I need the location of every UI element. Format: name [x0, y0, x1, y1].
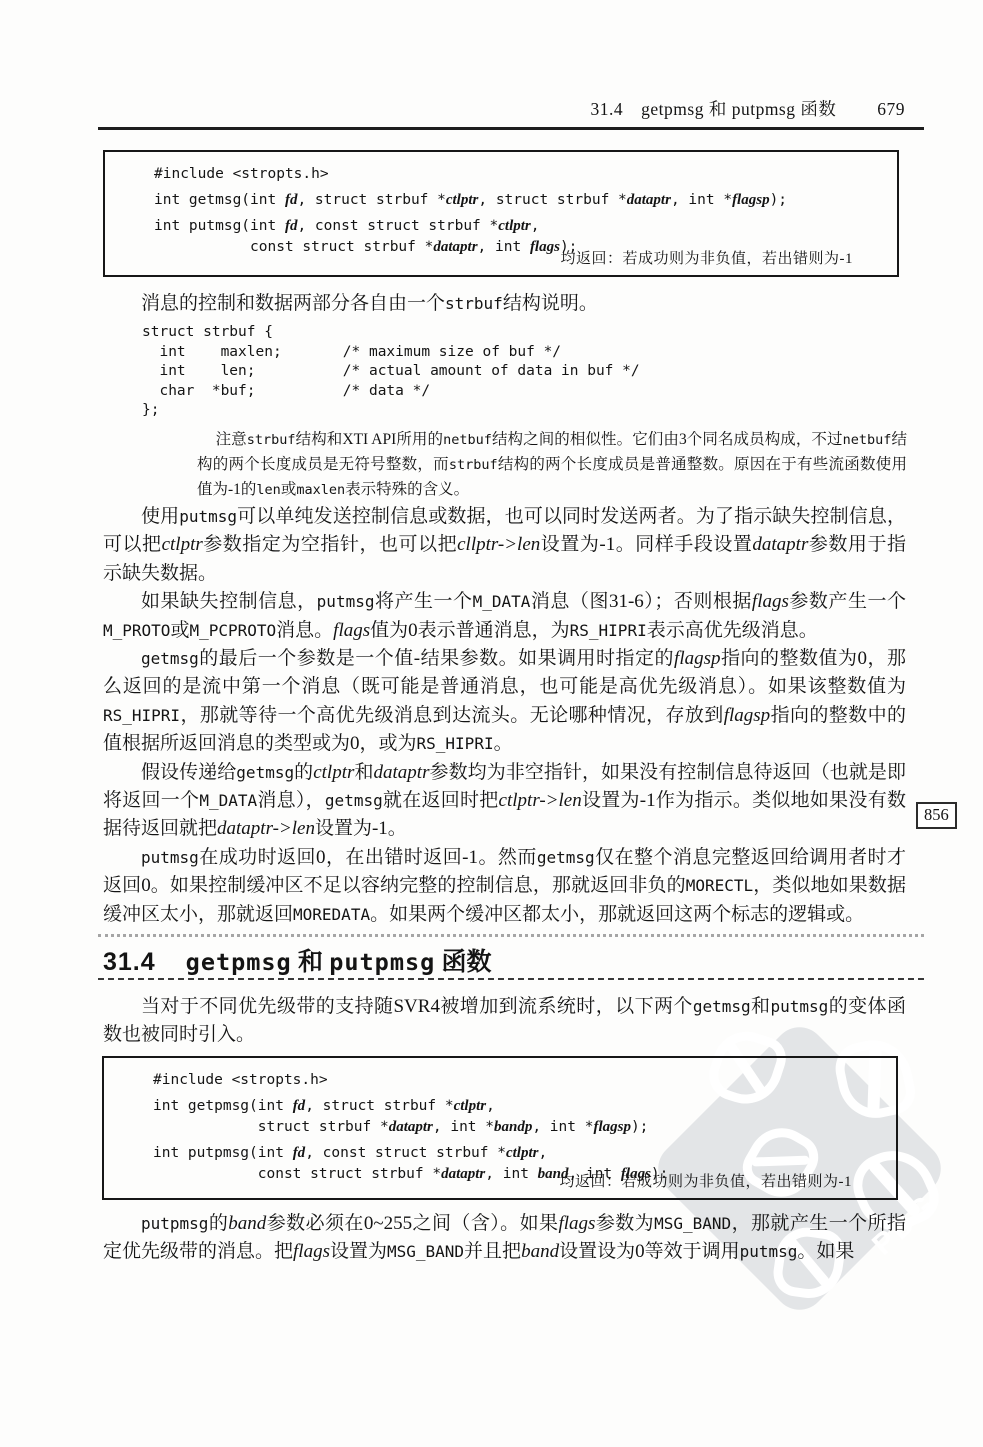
- text-segment: ,: [538, 1145, 547, 1161]
- text-segment: flags: [293, 1241, 330, 1262]
- paragraph-return-values: putmsg在成功时返回0，在出错时返回-1。然而getmsg仅在整个消息完整返…: [103, 844, 906, 929]
- text-segment: band: [521, 1241, 559, 1262]
- text-segment: int getmsg(int: [154, 192, 285, 208]
- text-segment: strbuf: [445, 294, 503, 313]
- strbuf-struct-listing: struct strbuf { int maxlen; /* maximum s…: [142, 323, 640, 421]
- section-bottom-rule: [98, 978, 924, 980]
- text-segment: , struct strbuf *: [305, 1098, 453, 1114]
- text-segment: 并且把: [464, 1241, 521, 1262]
- running-head: 31.4 getpmsg 和 putpmsg 函数 679: [103, 96, 905, 121]
- text-segment: flags: [558, 1213, 595, 1234]
- text-segment: fd: [293, 1098, 306, 1114]
- text-segment: getpmsg: [186, 948, 292, 976]
- text-segment: maxlen: [296, 482, 345, 498]
- text-segment: 的: [208, 1213, 228, 1234]
- text-segment: 或: [281, 481, 297, 498]
- text-segment: flags: [333, 620, 370, 641]
- text-segment: cllptr->len: [457, 534, 540, 555]
- text-segment: , int: [478, 239, 530, 255]
- text-segment: 和: [751, 996, 771, 1017]
- text-segment: bandp: [494, 1119, 532, 1135]
- text-segment: putpmsg: [141, 1214, 208, 1233]
- section-number: 31.4: [103, 948, 156, 976]
- code-line: int getmsg(int fd, struct strbuf *ctlptr…: [154, 190, 897, 211]
- text-segment: flagsp: [732, 192, 770, 208]
- text-segment: netbuf: [843, 432, 892, 448]
- text-segment: 参数产生一个: [789, 591, 906, 612]
- text-segment: int putpmsg(int: [153, 1145, 293, 1161]
- return-value-note: 均返回：若成功则为非负值，若出错则为-1: [560, 1170, 853, 1191]
- text-segment: 使用: [141, 506, 179, 527]
- text-segment: , int *: [532, 1119, 593, 1135]
- text-segment: getmsg: [693, 997, 751, 1016]
- page-content: 31.4 getpmsg 和 putpmsg 函数 679 #include <…: [0, 0, 983, 1447]
- text-segment: RS_HIPRI: [103, 706, 180, 725]
- text-segment: };: [142, 402, 159, 418]
- code-line: int putmsg(int fd, const struct strbuf *…: [154, 216, 897, 237]
- text-segment: MSG_BAND: [387, 1242, 464, 1261]
- body-paragraphs: 使用putmsg可以单纯发送控制信息或数据，也可以同时发送两者。为了指示缺失控制…: [103, 503, 906, 929]
- text-segment: MORECTL: [686, 876, 753, 895]
- text-segment: dataptr: [752, 534, 808, 555]
- return-value-note: 均返回：若成功则为非负值，若出错则为-1: [561, 247, 854, 268]
- text-segment: 设置设为0等效于调用: [559, 1241, 740, 1262]
- text-segment: 结构说明。: [503, 293, 598, 314]
- text-segment: 参数为: [595, 1213, 654, 1234]
- text-segment: getmsg: [325, 791, 383, 810]
- text-segment: getmsg: [236, 763, 294, 782]
- text-segment: MOREDATA: [293, 905, 370, 924]
- prototype-code-listing: #include <stropts.h>int getmsg(int fd, s…: [105, 152, 897, 258]
- text-segment: 设置为-1。: [315, 818, 407, 839]
- code-line: struct strbuf {: [142, 323, 640, 343]
- code-line: char *buf; /* data */: [142, 382, 640, 402]
- text-segment: 消息的控制和数据两部分各自由一个: [141, 293, 445, 314]
- text-segment: const struct strbuf *: [154, 239, 433, 255]
- text-segment: ，那就等待一个高优先级消息到达流头。无论哪种情况，存放到: [180, 705, 724, 726]
- code-line: #include <stropts.h>: [154, 164, 897, 185]
- text-segment: 设置为: [330, 1241, 387, 1262]
- text-segment: flags: [530, 239, 560, 255]
- text-segment: ctlptr: [498, 218, 531, 234]
- text-segment: flagsp: [674, 648, 720, 669]
- text-segment: dataptr: [374, 762, 430, 783]
- text-segment: flags: [752, 591, 789, 612]
- text-segment: band: [228, 1213, 266, 1234]
- text-segment: int putmsg(int: [154, 218, 285, 234]
- text-segment: dataptr: [389, 1119, 433, 1135]
- text-segment: 设置为-1。同样手段设置: [540, 534, 752, 555]
- text-segment: 和: [292, 949, 330, 976]
- text-segment: ,: [486, 1098, 495, 1114]
- text-segment: ,: [531, 218, 540, 234]
- text-segment: , const struct strbuf *: [297, 218, 498, 234]
- text-segment: RS_HIPRI: [417, 734, 494, 753]
- text-segment: char *buf; /* data */: [142, 383, 430, 399]
- text-segment: , const struct strbuf *: [305, 1145, 506, 1161]
- text-segment: ctlptr: [454, 1098, 487, 1114]
- text-segment: flagsp: [593, 1119, 631, 1135]
- running-head-title: 31.4 getpmsg 和 putpmsg 函数: [591, 99, 837, 119]
- text-segment: M_PCPROTO: [189, 621, 276, 640]
- text-segment: 注意: [216, 431, 247, 448]
- code-line: };: [142, 401, 640, 421]
- text-segment: ctlptr: [446, 192, 479, 208]
- code-line: int maxlen; /* maximum size of buf */: [142, 343, 640, 363]
- section-top-rule: [98, 934, 924, 937]
- note-block: 注意strbuf结构和XTI API所用的netbuf结构之间的相似性。它们由3…: [197, 428, 907, 502]
- paragraph-svr4-intro: 当对于不同优先级带的支持随SVR4被增加到流系统时，以下两个getmsg和put…: [103, 993, 906, 1050]
- paragraph-putmsg-usage: 使用putmsg可以单纯发送控制信息或数据，也可以同时发送两者。为了指示缺失控制…: [103, 503, 906, 588]
- text-segment: getmsg: [537, 848, 595, 867]
- text-segment: 消息。: [276, 620, 333, 641]
- text-segment: #include <stropts.h>: [153, 1072, 328, 1088]
- text-segment: fd: [285, 192, 298, 208]
- section-title: getpmsg 和 putpmsg 函数: [186, 957, 492, 974]
- header-rule: [98, 127, 924, 130]
- text-segment: dataptr->len: [217, 818, 315, 839]
- text-segment: struct strbuf *: [153, 1119, 389, 1135]
- text-segment: strbuf: [247, 432, 296, 448]
- text-segment: 在成功时返回0，在出错时返回-1。然而: [199, 847, 537, 868]
- text-segment: RS_HIPRI: [570, 621, 647, 640]
- text-segment: 消息（图31-6）；否则根据: [530, 591, 752, 612]
- text-segment: int getpmsg(int: [153, 1098, 293, 1114]
- prototype-box-getmsg-putmsg: #include <stropts.h>int getmsg(int fd, s…: [103, 150, 899, 277]
- text-segment: ctlptr: [313, 762, 354, 783]
- text-segment: 消息），: [257, 790, 325, 811]
- text-segment: getmsg: [141, 649, 199, 668]
- text-segment: putmsg: [141, 848, 199, 867]
- paragraph-band-parameter: putpmsg的band参数必须在0~255之间（含）。如果flags参数为MS…: [103, 1210, 906, 1267]
- code-line: int putpmsg(int fd, const struct strbuf …: [153, 1143, 896, 1164]
- text-segment: );: [770, 192, 787, 208]
- intro-paragraph: 消息的控制和数据两部分各自由一个strbuf结构说明。: [103, 290, 906, 318]
- text-segment: putpmsg: [329, 948, 435, 976]
- text-segment: 结构和XTI API所用的: [296, 431, 444, 448]
- text-segment: putmsg: [317, 592, 375, 611]
- text-segment: , struct strbuf *: [297, 192, 445, 208]
- text-segment: ctlptr: [162, 534, 203, 555]
- text-segment: ctlptr: [506, 1145, 539, 1161]
- paragraph-message-types: 如果缺失控制信息，putmsg将产生一个M_DATA消息（图31-6）；否则根据…: [103, 588, 906, 645]
- code-line: struct strbuf *dataptr, int *bandp, int …: [153, 1117, 896, 1138]
- text-segment: 参数必须在0~255之间（含）。如果: [266, 1213, 558, 1234]
- text-segment: fd: [285, 218, 298, 234]
- text-segment: int maxlen; /* maximum size of buf */: [142, 344, 561, 360]
- text-segment: );: [631, 1119, 648, 1135]
- text-segment: , int *: [671, 192, 732, 208]
- text-segment: #include <stropts.h>: [154, 166, 329, 182]
- text-segment: M_DATA: [199, 791, 257, 810]
- text-segment: 表示特殊的含义。: [345, 481, 469, 498]
- paragraph-getmsg-flagsp: getmsg的最后一个参数是一个值-结果参数。如果调用时指定的flagsp指向的…: [103, 645, 906, 759]
- book-page: PDG 31.4 getpmsg 和 putpmsg 函数 679 #inclu…: [0, 0, 983, 1447]
- section-heading: 31.4getpmsg 和 putpmsg 函数: [103, 942, 906, 978]
- text-segment: 函数: [435, 949, 491, 976]
- text-segment: 参数指定为空指针，也可以把: [203, 534, 457, 555]
- text-segment: 或: [170, 620, 189, 641]
- text-segment: 的: [294, 762, 313, 783]
- text-segment: flagsp: [724, 705, 770, 726]
- text-segment: , int: [485, 1166, 537, 1182]
- text-segment: 表示高优先级消息。: [647, 620, 818, 641]
- text-segment: dataptr: [627, 192, 671, 208]
- text-segment: M_DATA: [473, 592, 531, 611]
- paragraph-getmsg-return-len: 假设传递给getmsg的ctlptr和dataptr参数均为非空指针，如果没有控…: [103, 759, 906, 844]
- text-segment: putmsg: [770, 997, 828, 1016]
- text-segment: 。如果两个缓冲区都太小，那就返回这两个标志的逻辑或。: [370, 904, 864, 925]
- text-segment: 结构之间的相似性。它们由3个同名成员构成，不过: [492, 431, 843, 448]
- text-segment: MSG_BAND: [654, 1214, 731, 1233]
- text-segment: 和: [354, 762, 373, 783]
- text-segment: netbuf: [443, 432, 492, 448]
- text-segment: const struct strbuf *: [153, 1166, 441, 1182]
- text-segment: struct strbuf {: [142, 324, 273, 340]
- text-segment: 如果缺失控制信息，: [141, 591, 317, 612]
- prototype-box-getpmsg-putpmsg: #include <stropts.h>int getpmsg(int fd, …: [102, 1056, 898, 1200]
- text-segment: putmsg: [740, 1242, 798, 1261]
- text-segment: dataptr: [433, 239, 477, 255]
- text-segment: ctlptr->len: [499, 790, 582, 811]
- margin-page-badge: 856: [916, 802, 957, 829]
- text-segment: len: [256, 482, 280, 498]
- text-segment: dataptr: [441, 1166, 485, 1182]
- text-segment: 。: [494, 733, 513, 754]
- text-segment: , struct strbuf *: [478, 192, 626, 208]
- code-line: int getpmsg(int fd, struct strbuf *ctlpt…: [153, 1096, 896, 1117]
- text-segment: 的最后一个参数是一个值-结果参数。如果调用时指定的: [199, 648, 674, 669]
- running-head-page-number: 679: [877, 99, 905, 119]
- text-segment: strbuf: [449, 457, 498, 473]
- text-segment: putmsg: [179, 507, 237, 526]
- prototype-code-listing: #include <stropts.h>int getpmsg(int fd, …: [104, 1058, 896, 1185]
- code-line: int len; /* actual amount of data in buf…: [142, 362, 640, 382]
- text-segment: fd: [293, 1145, 306, 1161]
- text-segment: , int *: [433, 1119, 494, 1135]
- text-segment: 值为0表示普通消息，为: [370, 620, 570, 641]
- text-segment: M_PROTO: [103, 621, 170, 640]
- text-segment: 就在返回时把: [383, 790, 499, 811]
- text-segment: 当对于不同优先级带的支持随SVR4被增加到流系统时，以下两个: [141, 996, 693, 1017]
- code-line: #include <stropts.h>: [153, 1070, 896, 1091]
- text-segment: int len; /* actual amount of data in buf…: [142, 363, 640, 379]
- text-segment: 假设传递给: [141, 762, 236, 783]
- text-segment: 。如果: [797, 1241, 854, 1262]
- text-segment: 将产生一个: [374, 591, 472, 612]
